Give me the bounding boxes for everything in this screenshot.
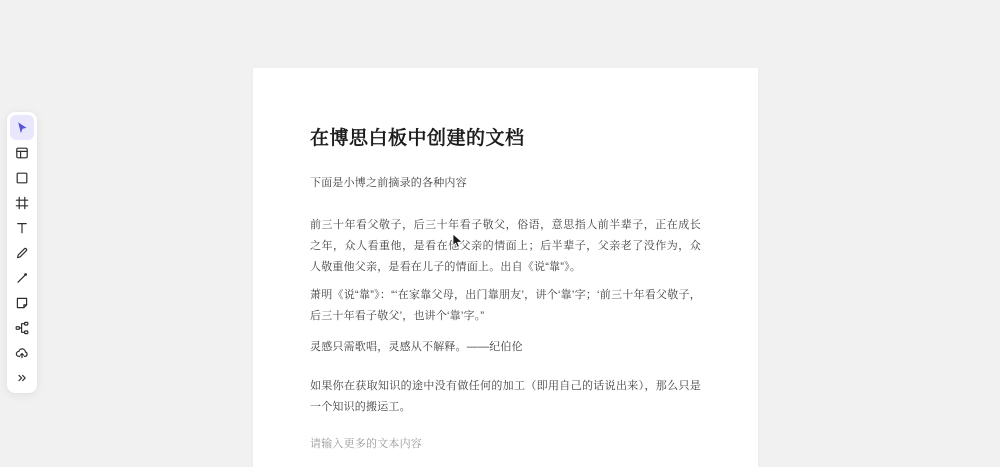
- pen-tool-button[interactable]: [10, 240, 34, 265]
- document-paragraph[interactable]: 如果你在获取知识的途中没有做任何的加工（即用自己的话说出来），那么只是一个知识的…: [310, 376, 701, 418]
- cloud-upload-icon: [15, 346, 29, 360]
- note-icon: [15, 296, 29, 310]
- more-tools-button[interactable]: [10, 365, 34, 390]
- select-tool-button[interactable]: [10, 115, 34, 140]
- text-tool-button[interactable]: [10, 215, 34, 240]
- document-title[interactable]: 在博思白板中创建的文档: [310, 126, 701, 151]
- upload-tool-button[interactable]: [10, 340, 34, 365]
- double-chevron-right-icon: [15, 371, 29, 385]
- sticky-note-tool-button[interactable]: [10, 290, 34, 315]
- cursor-icon: [15, 121, 29, 135]
- shape-tool-button[interactable]: [10, 165, 34, 190]
- mindmap-tool-button[interactable]: [10, 315, 34, 340]
- template-icon: [15, 146, 29, 160]
- document-subtitle[interactable]: 下面是小博之前摘录的各种内容: [310, 173, 701, 194]
- document-canvas[interactable]: 在博思白板中创建的文档 下面是小博之前摘录的各种内容 前三十年看父敬子，后三十年…: [253, 68, 758, 467]
- frame-icon: [15, 196, 29, 210]
- rectangle-icon: [15, 171, 29, 185]
- text-icon: [15, 221, 29, 235]
- document-paragraph[interactable]: 前三十年看父敬子，后三十年看子敬父，俗语，意思指人前半辈子，正在成长之年，众人看…: [310, 215, 701, 278]
- connector-tool-button[interactable]: [10, 265, 34, 290]
- frame-tool-button[interactable]: [10, 190, 34, 215]
- tools-sidebar: [7, 112, 37, 393]
- line-icon: [15, 271, 29, 285]
- pencil-icon: [15, 246, 29, 260]
- mindmap-icon: [15, 321, 29, 335]
- document-paragraph[interactable]: 灵感只需歌唱，灵感从不解释。——纪伯伦: [310, 337, 701, 358]
- document-paragraph[interactable]: 萧明《说“靠”》：“‘在家靠父母，出门靠朋友’，讲个‘靠’字；‘前三十年看父敬子…: [310, 285, 701, 327]
- document-input-placeholder[interactable]: 请输入更多的文本内容: [310, 434, 701, 455]
- template-tool-button[interactable]: [10, 140, 34, 165]
